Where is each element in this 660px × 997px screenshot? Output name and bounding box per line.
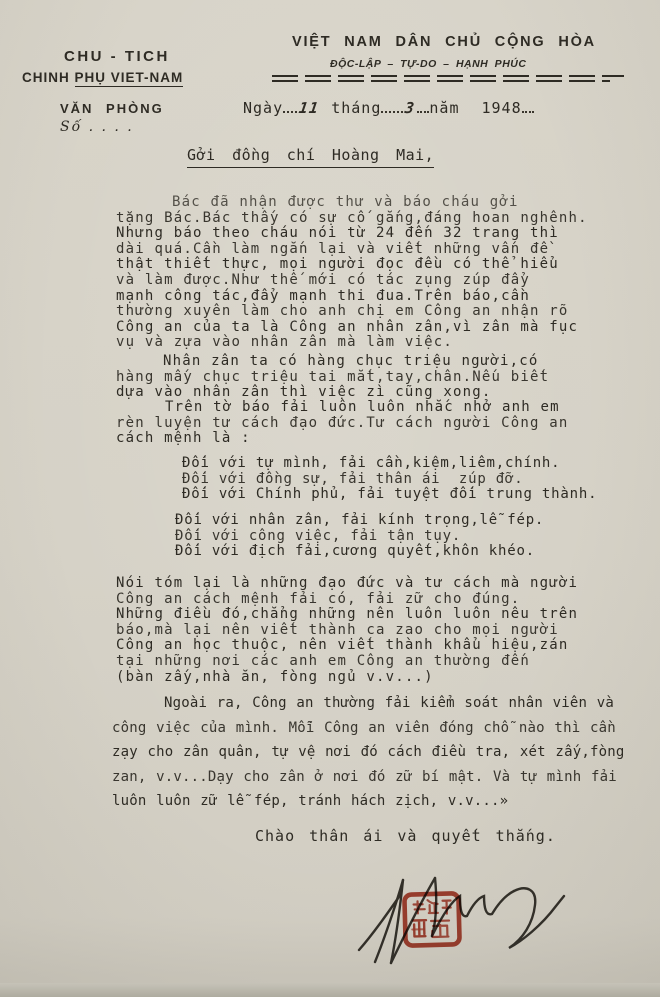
dotted-fill — [522, 100, 534, 113]
office-title-line2: CHINH PHỤ VIET-NAM — [22, 70, 183, 85]
dotted-fill — [381, 100, 403, 113]
text-line: Bác đã nhận được thư và báo cháu gởi — [116, 195, 588, 211]
text-line: luôn luôn zữ lễ fép, tránh hách zịch, v.… — [112, 789, 624, 814]
date-line: Ngày11 tháng3năm1948 — [243, 99, 534, 117]
text-line: tặng Bác.Bác thấy có sự cố gắng,đáng hoa… — [116, 211, 588, 227]
dotted-fill — [417, 100, 429, 113]
paragraph-2: Nhân zân ta có hàng chục triệu người,cóh… — [116, 354, 549, 401]
text-line: Đối với địch fải,cương quyết,khôn khéo. — [175, 544, 544, 560]
paragraph-4: Nói tóm lại là những đạo đức và tư cách … — [116, 576, 578, 685]
office-label: VĂN PHÒNG — [60, 101, 164, 116]
closing-salute: Chào thân ái và quyết thắng. — [255, 827, 556, 845]
photo-bottom-edge — [0, 983, 660, 997]
text-line: dài quá.Cần làm ngắn lại và viết những v… — [116, 242, 588, 258]
text-line: công việc của mình. Mỗi Công an viên đón… — [112, 716, 624, 741]
date-day-value: 11 — [296, 99, 323, 117]
text-line: thường xuyên làm cho anh chị em Công an … — [116, 304, 588, 320]
text-line: Đối với đồng sự, fải thân ái zúp đỡ. — [182, 472, 597, 488]
text-line: thật thiết thực, mọi người đọc đều có th… — [116, 257, 588, 273]
text-line: Những điều đó,chẳng những nên luôn luôn … — [116, 607, 578, 623]
date-label-year: năm — [429, 99, 459, 117]
office-title-line2b: PHỤ VIET-NAM — [75, 70, 184, 87]
text-line: Nhân zân ta có hàng chục triệu người,có — [116, 354, 549, 370]
date-month-value: 3 — [402, 99, 419, 117]
paragraph-3: Trên tờ báo fải luôn luôn nhắc nhở anh e… — [116, 400, 569, 447]
text-line: Đối với công việc, fải tận tụy. — [175, 529, 544, 545]
national-motto: ĐỘC-LẬP – TỰ-DO – HẠNH PHÚC — [330, 58, 526, 70]
text-line: Đối với Chính phủ, fải tuyệt đối trung t… — [182, 487, 597, 503]
date-label-day: Ngày — [243, 99, 283, 117]
office-title-line2a: CHINH — [22, 70, 70, 85]
text-line: hàng mấy chục triệu tai mắt,tay,chân.Nếu… — [116, 370, 549, 386]
text-line: báo,mà lại nên viết thành ca zao cho mọi… — [116, 623, 578, 639]
paragraph-5: Ngoài ra, Công an thường fải kiểm soát n… — [112, 691, 624, 814]
red-seal — [401, 890, 462, 949]
six-teachings-part2: Đối với nhân zân, fải kính trọng,lễ fép.… — [175, 513, 544, 560]
text-line: (bàn zấy,nhà ăn, fòng ngủ v.v...) — [116, 670, 578, 686]
text-line: Nhưng báo theo cháu nói từ 24 đến 32 tra… — [116, 226, 588, 242]
date-year-value: 1948 — [482, 99, 522, 117]
text-line: cách mệnh là : — [116, 431, 569, 447]
text-line: Công an học thuộc, nên viết thành khẩu h… — [116, 638, 578, 654]
dotted-fill — [283, 100, 297, 113]
text-line: Nói tóm lại là những đạo đức và tư cách … — [116, 576, 578, 592]
text-line: zạy cho zân quân, tự vệ nơi đó cách điều… — [112, 740, 624, 765]
six-teachings-part1: Đối với tự mình, fải cần,kiệm,liêm,chính… — [182, 456, 597, 503]
office-title-line1: CHU - TICH — [64, 48, 170, 65]
text-line: vụ và zựa vào nhân zân mà làm việc. — [116, 335, 588, 351]
date-label-month: tháng — [331, 99, 381, 117]
text-line: rèn luyện tư cách đạo đức.Tư cách người … — [116, 416, 569, 432]
document-photo: CHU - TICH CHINH PHỤ VIET-NAM VĂN PHÒNG … — [0, 0, 660, 997]
national-title: VIỆT NAM DÂN CHỦ CỘNG HÒA — [292, 34, 596, 50]
text-line: Đối với nhân zân, fải kính trọng,lễ fép. — [175, 513, 544, 529]
text-line: zan, v.v...Dạy cho zân ở nơi đó zữ bí mậ… — [112, 765, 624, 790]
text-line: Công an của ta là Công an nhân zân,vì zâ… — [116, 320, 588, 336]
number-field: Số . . . . — [60, 119, 134, 135]
text-line: Công an cách mệnh fải có, fải zữ cho đún… — [116, 592, 578, 608]
text-line: và làm được.Như thế mới có tác zụng zúp … — [116, 273, 588, 289]
double-dashed-rule — [272, 75, 624, 83]
text-line: mạnh công tác,đẩy mạnh thi đua.Trên báo,… — [116, 289, 588, 305]
paragraph-1: Bác đã nhận được thư và báo cháu gởitặng… — [116, 195, 588, 351]
text-line: Ngoài ra, Công an thường fải kiểm soát n… — [112, 691, 624, 716]
text-line: Đối với tự mình, fải cần,kiệm,liêm,chính… — [182, 456, 597, 472]
text-line: Trên tờ báo fải luôn luôn nhắc nhở anh e… — [116, 400, 569, 416]
salutation: Gởi đồng chí Hoàng Mai, — [187, 146, 434, 168]
text-line: tại những nơi các anh em Công an thường … — [116, 654, 578, 670]
